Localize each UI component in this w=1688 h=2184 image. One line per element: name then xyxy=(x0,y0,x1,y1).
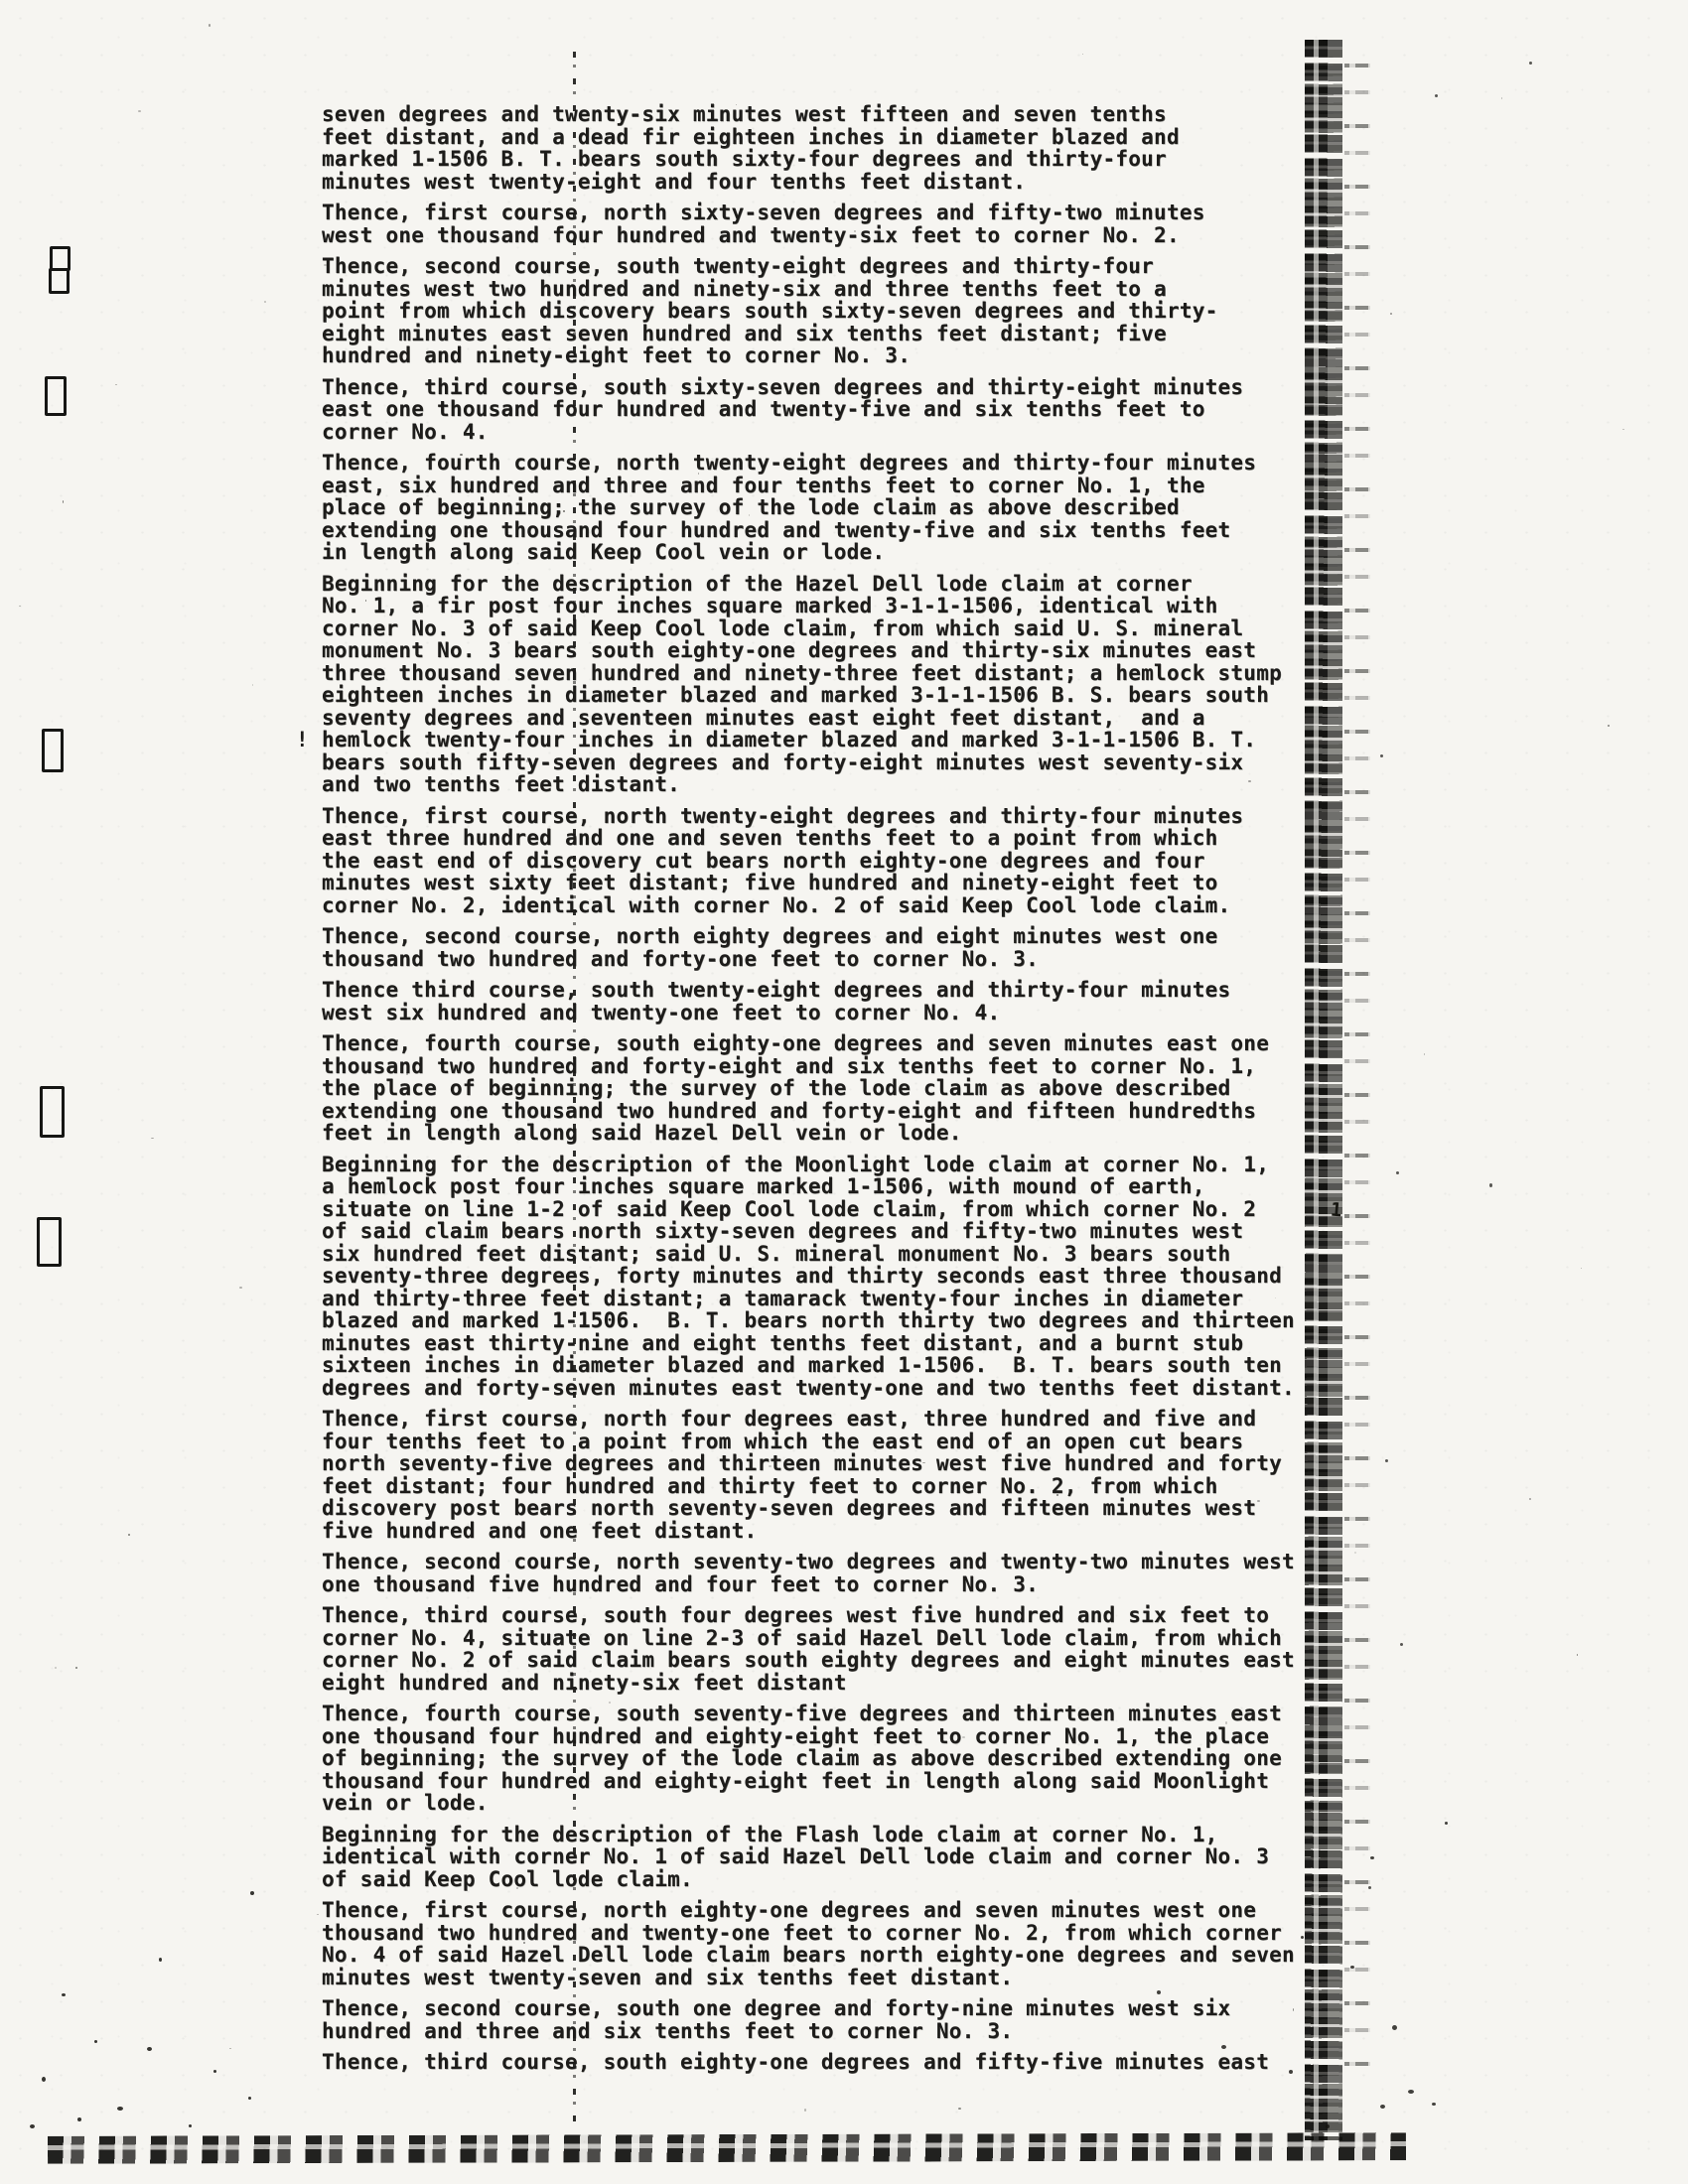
text-line: west one thousand four hundred and twent… xyxy=(322,224,1295,247)
paragraph: Thence, third course, south sixty-seven … xyxy=(322,376,1295,444)
scan-speck xyxy=(1301,1936,1304,1939)
paragraph: Thence, fourth course, north twenty-eigh… xyxy=(322,452,1295,564)
scan-speck xyxy=(342,1420,344,1423)
scan-speck xyxy=(42,2077,46,2082)
paragraph: Thence, first course, north eighty-one d… xyxy=(322,1899,1295,1988)
text-line: of beginning; the survey of the lode cla… xyxy=(322,1747,1295,1770)
text-line: Thence, second course, north seventy-two… xyxy=(322,1551,1295,1573)
scan-speck xyxy=(324,264,327,266)
scan-speck xyxy=(1275,1297,1276,1298)
scan-speck xyxy=(1622,429,1624,430)
scan-speck xyxy=(151,1138,154,1139)
text-line: seventy-three degrees, forty minutes and… xyxy=(322,1265,1295,1288)
punch-hole-mark xyxy=(49,268,70,294)
scan-speck xyxy=(1206,765,1207,766)
text-line: north seventy-five degrees and thirteen … xyxy=(322,1452,1295,1475)
scan-speck xyxy=(250,1891,254,1895)
scan-speck xyxy=(19,606,21,607)
text-line: minutes west two hundred and ninety-six … xyxy=(322,278,1295,301)
scan-speck xyxy=(962,1736,965,1738)
scan-speck xyxy=(77,2117,81,2121)
scan-speck xyxy=(1293,2008,1294,2011)
text-line: thousand two hundred and forty-eight and… xyxy=(322,1055,1295,1078)
text-line: and thirty-three feet distant; a tamarac… xyxy=(322,1288,1295,1310)
text-line: thousand two hundred and twenty-one feet… xyxy=(322,1922,1295,1945)
scan-speck xyxy=(804,2109,806,2112)
paragraph: seven degrees and twenty-six minutes wes… xyxy=(322,103,1295,193)
text-line: minutes west twenty-seven and six tenths… xyxy=(322,1967,1295,1989)
scan-speck xyxy=(434,1703,437,1705)
text-line: sixteen inches in diameter blazed and ma… xyxy=(322,1354,1295,1377)
text-line: blazed and marked 1-1506. B. T. bears no… xyxy=(322,1309,1295,1332)
text-line: of said Keep Cool lode claim. xyxy=(322,1868,1295,1891)
scan-speck xyxy=(526,759,528,762)
paragraph: Thence, second course, south one degree … xyxy=(322,1997,1295,2042)
scan-speck xyxy=(1385,1459,1388,1462)
scan-speck xyxy=(890,1978,893,1979)
paragraph: Thence, first course, north twenty-eight… xyxy=(322,805,1295,917)
paragraph: Thence, second course, north seventy-two… xyxy=(322,1551,1295,1595)
text-line: marked 1-1506 B. T. bears south sixty-fo… xyxy=(322,148,1295,171)
stray-digit-mark: 1 xyxy=(1330,1199,1342,1222)
text-line: Thence, second course, north eighty degr… xyxy=(322,925,1295,948)
scan-speck xyxy=(922,1462,925,1463)
text-line: degrees and forty-seven minutes east twe… xyxy=(322,1377,1295,1400)
scan-speck xyxy=(406,1072,408,1075)
text-line: of said claim bears north sixty-seven de… xyxy=(322,1220,1295,1243)
scan-speck xyxy=(696,838,699,841)
scan-speck xyxy=(138,110,141,112)
document-text: seven degrees and twenty-six minutes wes… xyxy=(322,103,1295,2083)
scan-speck xyxy=(1082,54,1083,55)
text-line: No. 1, a fir post four inches square mar… xyxy=(322,595,1295,617)
scan-speck xyxy=(1400,1643,1403,1646)
text-line: Thence, fourth course, south seventy-fiv… xyxy=(322,1703,1295,1725)
paragraph: Thence, second course, north eighty degr… xyxy=(322,925,1295,970)
text-line: vein or lode. xyxy=(322,1792,1295,1815)
text-line: corner No. 4, situate on line 2-3 of sai… xyxy=(322,1627,1295,1650)
scan-speck xyxy=(1157,1990,1161,1994)
scan-speck xyxy=(1248,780,1251,782)
scan-speck xyxy=(239,1287,242,1289)
scan-speck xyxy=(229,2048,231,2049)
text-line: Thence, first course, north sixty-seven … xyxy=(322,202,1295,224)
text-line: minutes east thirty-nine and eight tenth… xyxy=(322,1332,1295,1355)
text-line: minutes west twenty-eight and four tenth… xyxy=(322,171,1295,194)
punch-hole-mark xyxy=(37,1217,62,1267)
scan-speck xyxy=(62,1993,66,1996)
right-edge-scan-noise xyxy=(1305,40,1342,2140)
scan-speck xyxy=(1577,1654,1578,1656)
paragraph: Thence, second course, south twenty-eigh… xyxy=(322,255,1295,367)
scan-speck xyxy=(1489,1183,1492,1187)
scan-speck xyxy=(1368,1886,1371,1889)
scan-speck xyxy=(1257,1500,1260,1502)
scan-speck xyxy=(563,510,565,512)
scan-speck xyxy=(1529,1498,1531,1500)
text-line: the east end of discovery cut bears nort… xyxy=(322,850,1295,873)
right-edge-scan-noise-outer xyxy=(1344,64,1370,2089)
text-line: east three hundred and one and seven ten… xyxy=(322,827,1295,850)
paragraph: Thence third course, south twenty-eight … xyxy=(322,979,1295,1024)
text-line: seven degrees and twenty-six minutes wes… xyxy=(322,103,1295,126)
paragraph: Thence, fourth course, south eighty-one … xyxy=(322,1032,1295,1145)
scan-speck xyxy=(1392,2025,1397,2030)
scan-speck xyxy=(1424,1053,1425,1055)
text-line: eight minutes east seven hundred and six… xyxy=(322,323,1295,345)
text-line: the place of beginning; the survey of th… xyxy=(322,1077,1295,1100)
scan-speck xyxy=(1289,2070,1293,2074)
text-line: bears south fifty-seven degrees and fort… xyxy=(322,751,1295,774)
scan-speck xyxy=(1408,2090,1414,2094)
scan-speck xyxy=(516,1887,518,1889)
scan-speck xyxy=(1435,94,1438,97)
scan-speck xyxy=(209,24,211,27)
text-line: feet in length along said Hazel Dell vei… xyxy=(322,1122,1295,1145)
text-line: extending one thousand two hundred and f… xyxy=(322,1100,1295,1123)
text-line: eight hundred and ninety-six feet distan… xyxy=(322,1672,1295,1695)
scan-speck xyxy=(1221,2045,1226,2049)
text-line: Beginning for the description of the Moo… xyxy=(322,1154,1295,1176)
punch-hole-mark xyxy=(42,729,64,772)
text-line: No. 4 of said Hazel Dell lode claim bear… xyxy=(322,1944,1295,1967)
text-line: feet distant; four hundred and thirty fe… xyxy=(322,1475,1295,1498)
text-line: and two tenths feet distant. xyxy=(322,773,1295,796)
text-line: corner No. 3 of said Keep Cool lode clai… xyxy=(322,617,1295,640)
text-line: corner No. 2 of said claim bears south e… xyxy=(322,1649,1295,1672)
scan-speck xyxy=(1350,1966,1354,1969)
text-line: Beginning for the description of the Haz… xyxy=(322,573,1295,596)
scan-speck xyxy=(1501,97,1502,99)
scan-speck xyxy=(854,230,856,232)
punch-hole-mark xyxy=(45,376,67,416)
scan-speck xyxy=(377,1878,380,1879)
text-line: Thence, third course, south sixty-seven … xyxy=(322,376,1295,399)
scan-speck xyxy=(828,1121,829,1123)
scan-speck xyxy=(698,473,699,475)
text-line: Thence, fourth course, north twenty-eigh… xyxy=(322,452,1295,475)
text-line: Thence, first course, north four degrees… xyxy=(322,1408,1295,1431)
scan-speck xyxy=(749,514,750,516)
scanned-document-page: ! 1 seven degrees and twenty-six minutes… xyxy=(0,0,1688,2184)
scan-speck xyxy=(769,1465,772,1467)
scan-speck xyxy=(759,1721,761,1722)
scan-speck xyxy=(1018,814,1019,816)
text-line: Thence, fourth course, south eighty-one … xyxy=(322,1032,1295,1055)
scan-speck xyxy=(523,1942,525,1944)
scan-speck xyxy=(1370,1856,1374,1859)
scan-speck xyxy=(460,454,463,456)
scan-speck xyxy=(248,2097,251,2100)
scan-speck xyxy=(1581,1268,1582,1269)
scan-speck xyxy=(736,104,737,105)
paragraph: Thence, first course, north four degrees… xyxy=(322,1408,1295,1542)
paragraph: Thence, first course, north sixty-seven … xyxy=(322,202,1295,246)
scan-speck xyxy=(147,2047,152,2051)
text-line: west six hundred and twenty-one feet to … xyxy=(322,1002,1295,1024)
text-line: Thence, third course, south eighty-one d… xyxy=(322,2051,1295,2074)
scan-speck xyxy=(1380,754,1383,757)
scan-speck xyxy=(75,1667,77,1669)
text-line: five hundred and one feet distant. xyxy=(322,1520,1295,1543)
scan-speck xyxy=(396,1039,398,1042)
text-line: place of beginning; the survey of the lo… xyxy=(322,496,1295,519)
text-line: Beginning for the description of the Fla… xyxy=(322,1824,1295,1846)
text-line: monument No. 3 bears south eighty-one de… xyxy=(322,639,1295,662)
text-line: corner No. 4. xyxy=(322,421,1295,444)
text-line: seventy degrees and seventeen minutes ea… xyxy=(322,707,1295,730)
text-line: thousand two hundred and forty-one feet … xyxy=(322,948,1295,971)
scan-speck xyxy=(94,2040,97,2043)
paragraph: Beginning for the description of the Moo… xyxy=(322,1154,1295,1400)
text-line: eighteen inches in diameter blazed and m… xyxy=(322,684,1295,707)
scan-speck xyxy=(1529,62,1532,65)
scan-speck xyxy=(365,600,366,602)
scan-speck xyxy=(159,1958,162,1962)
text-line: hemlock twenty-four inches in diameter b… xyxy=(322,729,1295,751)
text-line: one thousand four hundred and eighty-eig… xyxy=(322,1725,1295,1748)
scan-speck xyxy=(890,510,892,513)
text-line: east, six hundred and three and four ten… xyxy=(322,475,1295,497)
scan-speck xyxy=(1354,1552,1356,1554)
scan-speck xyxy=(1326,2124,1330,2128)
scan-speck xyxy=(747,186,748,187)
scan-speck xyxy=(1225,1721,1227,1724)
scan-speck xyxy=(30,2124,35,2128)
scan-speck xyxy=(117,2107,123,2111)
scan-speck xyxy=(115,384,117,385)
text-line: six hundred feet distant; said U. S. min… xyxy=(322,1243,1295,1266)
text-line: minutes west sixty feet distant; five hu… xyxy=(322,872,1295,894)
paragraph: Beginning for the description of the Fla… xyxy=(322,1824,1295,1891)
text-line: Thence, second course, south one degree … xyxy=(322,1997,1295,2020)
punch-hole-mark xyxy=(40,1086,65,1138)
scan-speck xyxy=(264,301,266,303)
text-line: situate on line 1-2 of said Keep Cool lo… xyxy=(322,1198,1295,1221)
scan-speck xyxy=(128,1534,130,1536)
text-line: feet distant, and a dead fir eighteen in… xyxy=(322,126,1295,149)
paragraph: Beginning for the description of the Haz… xyxy=(322,573,1295,796)
scan-speck xyxy=(1608,725,1610,727)
paragraph: Thence, third course, south eighty-one d… xyxy=(322,2051,1295,2074)
text-line: a hemlock post four inches square marked… xyxy=(322,1175,1295,1198)
scan-speck xyxy=(55,1667,57,1669)
scan-speck xyxy=(1056,1494,1058,1496)
scan-speck xyxy=(63,500,64,503)
text-line: extending one thousand four hundred and … xyxy=(322,519,1295,542)
text-line: four tenths feet to a point from which t… xyxy=(322,1431,1295,1453)
text-line: Thence, first course, north eighty-one d… xyxy=(322,1899,1295,1922)
scan-speck xyxy=(213,2070,216,2073)
paragraph: Thence, third course, south four degrees… xyxy=(322,1604,1295,1694)
text-line: Thence, first course, north twenty-eight… xyxy=(322,805,1295,828)
text-line: three thousand seven hundred and ninety-… xyxy=(322,662,1295,685)
scan-speck xyxy=(252,684,253,686)
text-line: Thence, second course, south twenty-eigh… xyxy=(322,255,1295,278)
text-line: one thousand five hundred and four feet … xyxy=(322,1573,1295,1596)
scan-speck xyxy=(1445,1822,1448,1825)
scan-speck xyxy=(1396,1171,1399,1174)
text-line: east one thousand four hundred and twent… xyxy=(322,398,1295,421)
scan-speck xyxy=(189,2124,192,2127)
text-line: corner No. 2, identical with corner No. … xyxy=(322,894,1295,917)
text-line: discovery post bears north seventy-seven… xyxy=(322,1497,1295,1520)
text-line: Thence third course, south twenty-eight … xyxy=(322,979,1295,1002)
text-line: thousand four hundred and eighty-eight f… xyxy=(322,1770,1295,1793)
text-line: hundred and ninety-eight feet to corner … xyxy=(322,344,1295,367)
text-line: in length along said Keep Cool vein or l… xyxy=(322,541,1295,564)
scan-speck xyxy=(609,1702,611,1704)
text-line: Thence, third course, south four degrees… xyxy=(322,1604,1295,1627)
margin-exclamation-mark: ! xyxy=(296,728,309,751)
scan-speck xyxy=(317,1914,319,1915)
scan-speck xyxy=(958,2108,961,2110)
text-line: point from which discovery bears south s… xyxy=(322,300,1295,323)
paragraph: Thence, fourth course, south seventy-fiv… xyxy=(322,1703,1295,1815)
scan-speck xyxy=(1380,2105,1385,2109)
scan-speck xyxy=(1390,313,1392,315)
scan-speck xyxy=(1432,2103,1436,2106)
text-line: identical with corner No. 1 of said Haze… xyxy=(322,1845,1295,1868)
bottom-edge-scan-noise xyxy=(48,2132,1406,2164)
text-line: hundred and three and six tenths feet to… xyxy=(322,2020,1295,2043)
